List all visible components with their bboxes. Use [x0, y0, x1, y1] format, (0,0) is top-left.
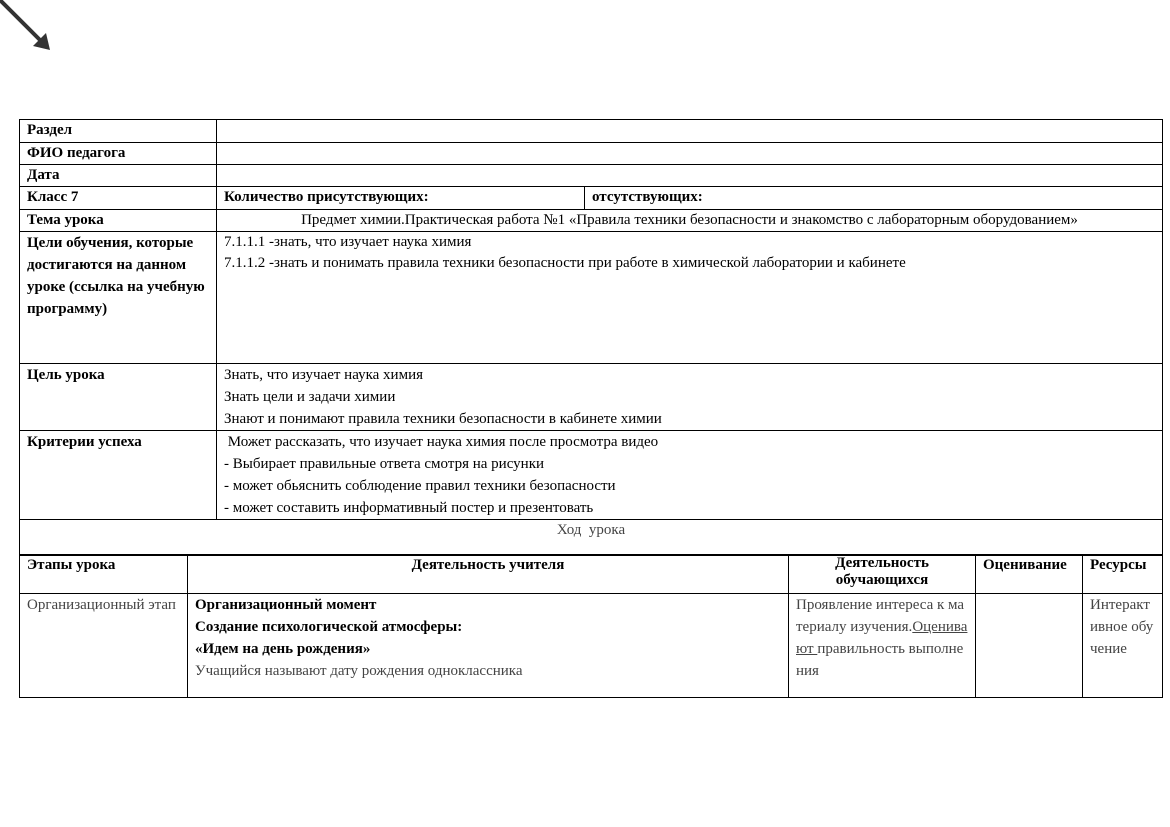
teacher-activity: Организационный момент Создание психолог…: [188, 594, 789, 698]
success-criteria-label: Критерии успеха: [20, 431, 217, 520]
lesson-goal-item: Знать цели и задачи химии: [224, 386, 1155, 408]
criteria-item: - Выбирает правильные ответа смотря на р…: [224, 453, 1155, 475]
header-resources: Ресурсы: [1083, 555, 1163, 594]
lesson-stages-table: Этапы урока Деятельность учителя Деятель…: [19, 554, 1163, 698]
teacher-value[interactable]: [217, 143, 1163, 165]
assessment-cell: [976, 594, 1083, 698]
absent-count-label[interactable]: отсутствующих:: [585, 187, 1163, 210]
objective-item: 7.1.1.2 -знать и понимать правила техник…: [224, 253, 1155, 274]
lesson-goals-list: Знать, что изучает наука химия Знать цел…: [217, 364, 1163, 431]
criteria-item: Может рассказать, что изучает наука хими…: [224, 431, 1155, 453]
objective-item: 7.1.1.1 -знать, что изучает наука химия: [224, 232, 1155, 253]
class-label: Класс 7: [20, 187, 217, 210]
arrow-icon: [0, 0, 60, 60]
stage-name: Организационный этап: [20, 594, 188, 698]
teacher-activity-line: «Идем на день рождения»: [195, 638, 781, 660]
teacher-activity-line: Учащийся называют дату рождения одноклас…: [195, 660, 781, 682]
header-assessment: Оценивание: [976, 555, 1083, 594]
date-label: Дата: [20, 165, 217, 187]
student-activity: Проявление интереса к материалу изучения…: [789, 594, 976, 698]
objectives-label: Цели обучения, которые достигаются на да…: [20, 232, 217, 364]
date-value[interactable]: [217, 165, 1163, 187]
resources-cell: Интерактивное обучение: [1083, 594, 1163, 698]
student-activity-text: правильность выполнения: [796, 641, 963, 679]
section-value[interactable]: [217, 120, 1163, 143]
teacher-activity-line: Организационный момент: [195, 594, 781, 616]
lesson-goal-item: Знают и понимают правила техники безопас…: [224, 408, 1155, 430]
table-row: Организационный этап Организационный мом…: [20, 594, 1163, 698]
criteria-item: - может составить информативный постер и…: [224, 497, 1155, 519]
topic-value: Предмет химии.Практическая работа №1 «Пр…: [217, 210, 1163, 232]
header-teacher-activity: Деятельность учителя: [188, 555, 789, 594]
header-student-activity: Деятельность обучающихся: [789, 555, 976, 594]
lesson-goal-label: Цель урока: [20, 364, 217, 431]
lesson-flow-heading: Ход урока: [20, 520, 1163, 556]
objectives-list: 7.1.1.1 -знать, что изучает наука химия …: [217, 232, 1163, 364]
teacher-activity-line: Создание психологической атмосферы:: [195, 616, 781, 638]
lesson-header-table: Раздел ФИО педагога Дата Класс 7 Количес…: [19, 119, 1163, 556]
criteria-item: - может обьяснить соблюдение правил техн…: [224, 475, 1155, 497]
lesson-goal-item: Знать, что изучает наука химия: [224, 364, 1155, 386]
present-count-label[interactable]: Количество присутствующих:: [217, 187, 585, 210]
header-stages: Этапы урока: [20, 555, 188, 594]
topic-label: Тема урока: [20, 210, 217, 232]
teacher-label: ФИО педагога: [20, 143, 217, 165]
section-label: Раздел: [20, 120, 217, 143]
success-criteria-list: Может рассказать, что изучает наука хими…: [217, 431, 1163, 520]
